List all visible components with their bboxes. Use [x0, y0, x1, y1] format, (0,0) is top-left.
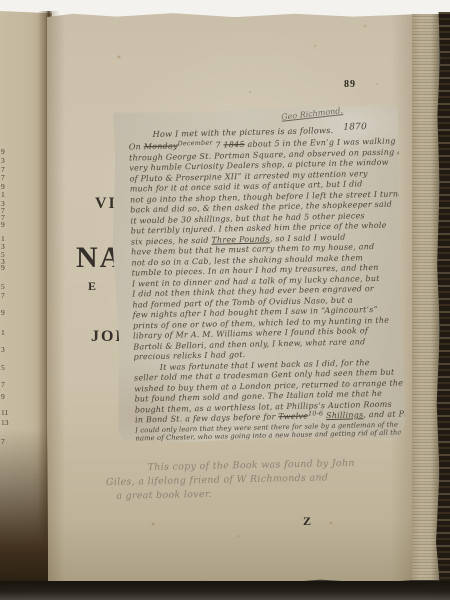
pencil-line: Giles, a lifelong friend of W Richmonds …	[106, 472, 328, 488]
index-digit: 9	[1, 393, 5, 401]
pencil-line: a great book lover.	[116, 489, 212, 502]
underlined-text: Shillings	[326, 410, 363, 420]
index-digit: 5	[1, 283, 5, 291]
photo-open-book: 9377913779135395791357911137 89 51 VINAE…	[0, 0, 450, 600]
pencil-line: This copy of the Book was found by John	[148, 458, 355, 473]
struck-text: Twelve	[278, 412, 308, 422]
index-digit: 7	[1, 381, 5, 389]
page-number: 89	[344, 79, 356, 90]
struck-text: 1845	[223, 140, 244, 149]
index-digit: 7	[1, 174, 5, 182]
handwriting-text: On	[129, 142, 144, 151]
index-digit: 1	[1, 329, 5, 337]
handwriting-text: six pieces, he said	[131, 235, 212, 246]
index-digit: 9	[1, 221, 5, 229]
fore-edge-pages	[412, 14, 439, 580]
struck-text: Monday	[144, 141, 178, 151]
manuscript-lines: On MondayDecember 7 1845 about 5 in the …	[129, 137, 396, 444]
table-surface	[0, 581, 450, 600]
index-digit: 5	[1, 364, 5, 372]
printed-title-fragment: VI	[95, 196, 117, 212]
index-digit: 13	[1, 419, 9, 427]
index-digit: 7	[1, 292, 5, 300]
index-digit: 9	[1, 264, 5, 272]
manuscript-note: Geo Richmond. How I met with the picture…	[109, 104, 405, 443]
bottom-left-cover-shadow	[0, 428, 48, 600]
index-digit: 1	[1, 191, 5, 199]
index-digit: 11	[1, 409, 8, 417]
inserted-text: December	[177, 138, 212, 147]
inserted-text: 10-6	[308, 409, 323, 417]
pencil-annotation: This copy of the Book was found by JohnG…	[100, 455, 401, 509]
printed-title-fragment: E	[88, 280, 98, 292]
underlined-text: Three Pounds	[211, 234, 270, 244]
index-digit: 3	[1, 346, 5, 354]
handwriting-text: 7	[213, 140, 224, 149]
index-digit: 9	[1, 309, 5, 317]
owner-inscription: Geo Richmond.	[281, 106, 344, 122]
heading-year: 1870	[343, 122, 367, 133]
handwriting-text: precious relicks I had got.	[133, 350, 245, 362]
heading-text: How I met with the pictures is as follow…	[152, 125, 333, 139]
index-digit: 9	[1, 148, 5, 156]
signature-mark: Z	[303, 514, 311, 529]
handwriting-text: , and at Phillips	[363, 409, 405, 420]
handwriting-text: , so I said I would	[270, 232, 346, 243]
index-digit: 3	[1, 157, 5, 165]
